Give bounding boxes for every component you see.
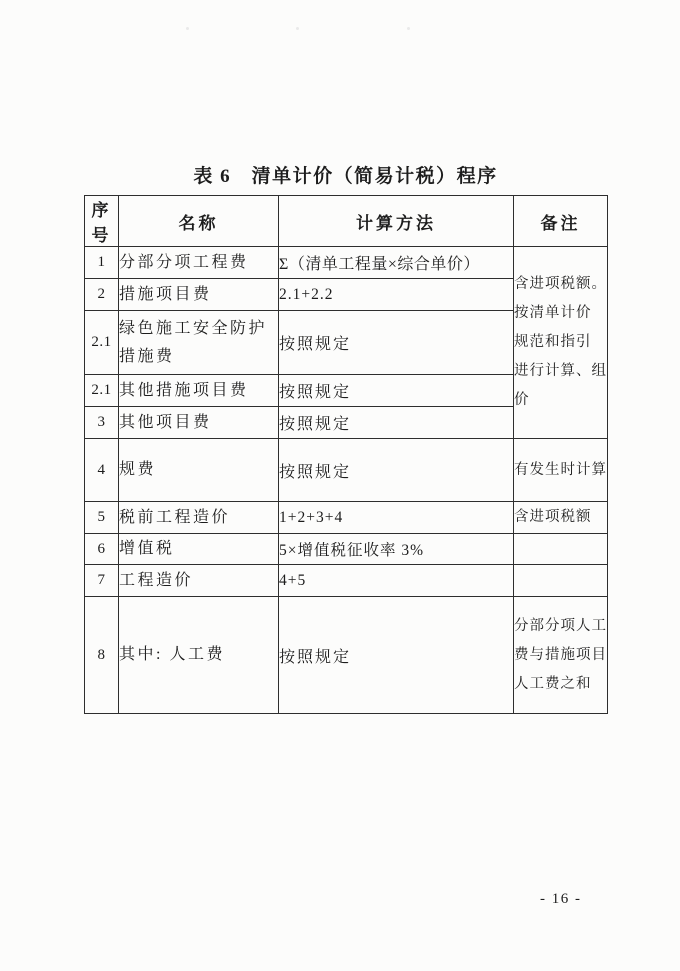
name-cell: 其他项目费	[119, 407, 279, 439]
method-cell: Σ（清单工程量×综合单价）	[279, 247, 514, 279]
name-cell: 规费	[119, 439, 279, 502]
method-cell: 按照规定	[279, 311, 514, 375]
seq-cell: 2.1	[85, 311, 119, 375]
seq-cell: 4	[85, 439, 119, 502]
method-cell: 按照规定	[279, 439, 514, 502]
name-cell: 绿色施工安全防护措施费	[119, 311, 279, 375]
seq-cell: 1	[85, 247, 119, 279]
method-cell: 按照规定	[279, 597, 514, 714]
method-cell: 4+5	[279, 565, 514, 597]
remark-cell: 分部分项人工费与措施项目人工费之和	[514, 597, 608, 714]
table-row: 1 分部分项工程费 Σ（清单工程量×综合单价） 含进项税额。 按清单计价 规范和…	[85, 247, 608, 279]
seq-cell: 7	[85, 565, 119, 597]
seq-cell: 2	[85, 279, 119, 311]
pricing-table: 序号 名称 计算方法 备注 1 分部分项工程费 Σ（清单工程量×综合单价） 含进…	[84, 195, 608, 714]
method-cell: 按照规定	[279, 407, 514, 439]
method-cell: 5×增值税征收率 3%	[279, 534, 514, 565]
table-row: 8 其中: 人工费 按照规定 分部分项人工费与措施项目人工费之和	[85, 597, 608, 714]
scan-speck	[296, 27, 299, 30]
method-cell: 按照规定	[279, 375, 514, 407]
seq-cell: 3	[85, 407, 119, 439]
header-remark: 备注	[514, 196, 608, 247]
table-row: 7 工程造价 4+5	[85, 565, 608, 597]
header-method: 计算方法	[279, 196, 514, 247]
formula-text: Σ（清单工程量×综合单价）	[279, 256, 480, 273]
method-cell: 1+2+3+4	[279, 502, 514, 534]
name-cell: 工程造价	[119, 565, 279, 597]
seq-cell: 5	[85, 502, 119, 534]
name-cell: 分部分项工程费	[119, 247, 279, 279]
seq-cell: 6	[85, 534, 119, 565]
remark-cell	[514, 565, 608, 597]
table-row: 6 增值税 5×增值税征收率 3%	[85, 534, 608, 565]
table-row: 4 规费 按照规定 有发生时计算	[85, 439, 608, 502]
name-cell: 增值税	[119, 534, 279, 565]
name-cell: 税前工程造价	[119, 502, 279, 534]
seq-cell: 2.1	[85, 375, 119, 407]
remark-cell	[514, 534, 608, 565]
header-name: 名称	[119, 196, 279, 247]
document-page: 表 6 清单计价（简易计税）程序 序号 名称 计算方法 备注 1 分部分项工程费…	[0, 0, 680, 971]
scan-speck	[407, 27, 410, 30]
seq-cell: 8	[85, 597, 119, 714]
name-cell: 措施项目费	[119, 279, 279, 311]
page-number: - 16 -	[540, 891, 582, 908]
method-cell: 2.1+2.2	[279, 279, 514, 311]
remark-cell-merged: 含进项税额。 按清单计价 规范和指引 进行计算、组 价	[514, 247, 608, 439]
remark-cell: 有发生时计算	[514, 439, 608, 502]
header-seq: 序号	[85, 196, 119, 247]
table-title: 表 6 清单计价（简易计税）程序	[84, 161, 607, 188]
table-row: 5 税前工程造价 1+2+3+4 含进项税额	[85, 502, 608, 534]
name-cell: 其他措施项目费	[119, 375, 279, 407]
name-cell: 其中: 人工费	[119, 597, 279, 714]
scan-speck	[186, 27, 189, 30]
remark-cell: 含进项税额	[514, 502, 608, 534]
